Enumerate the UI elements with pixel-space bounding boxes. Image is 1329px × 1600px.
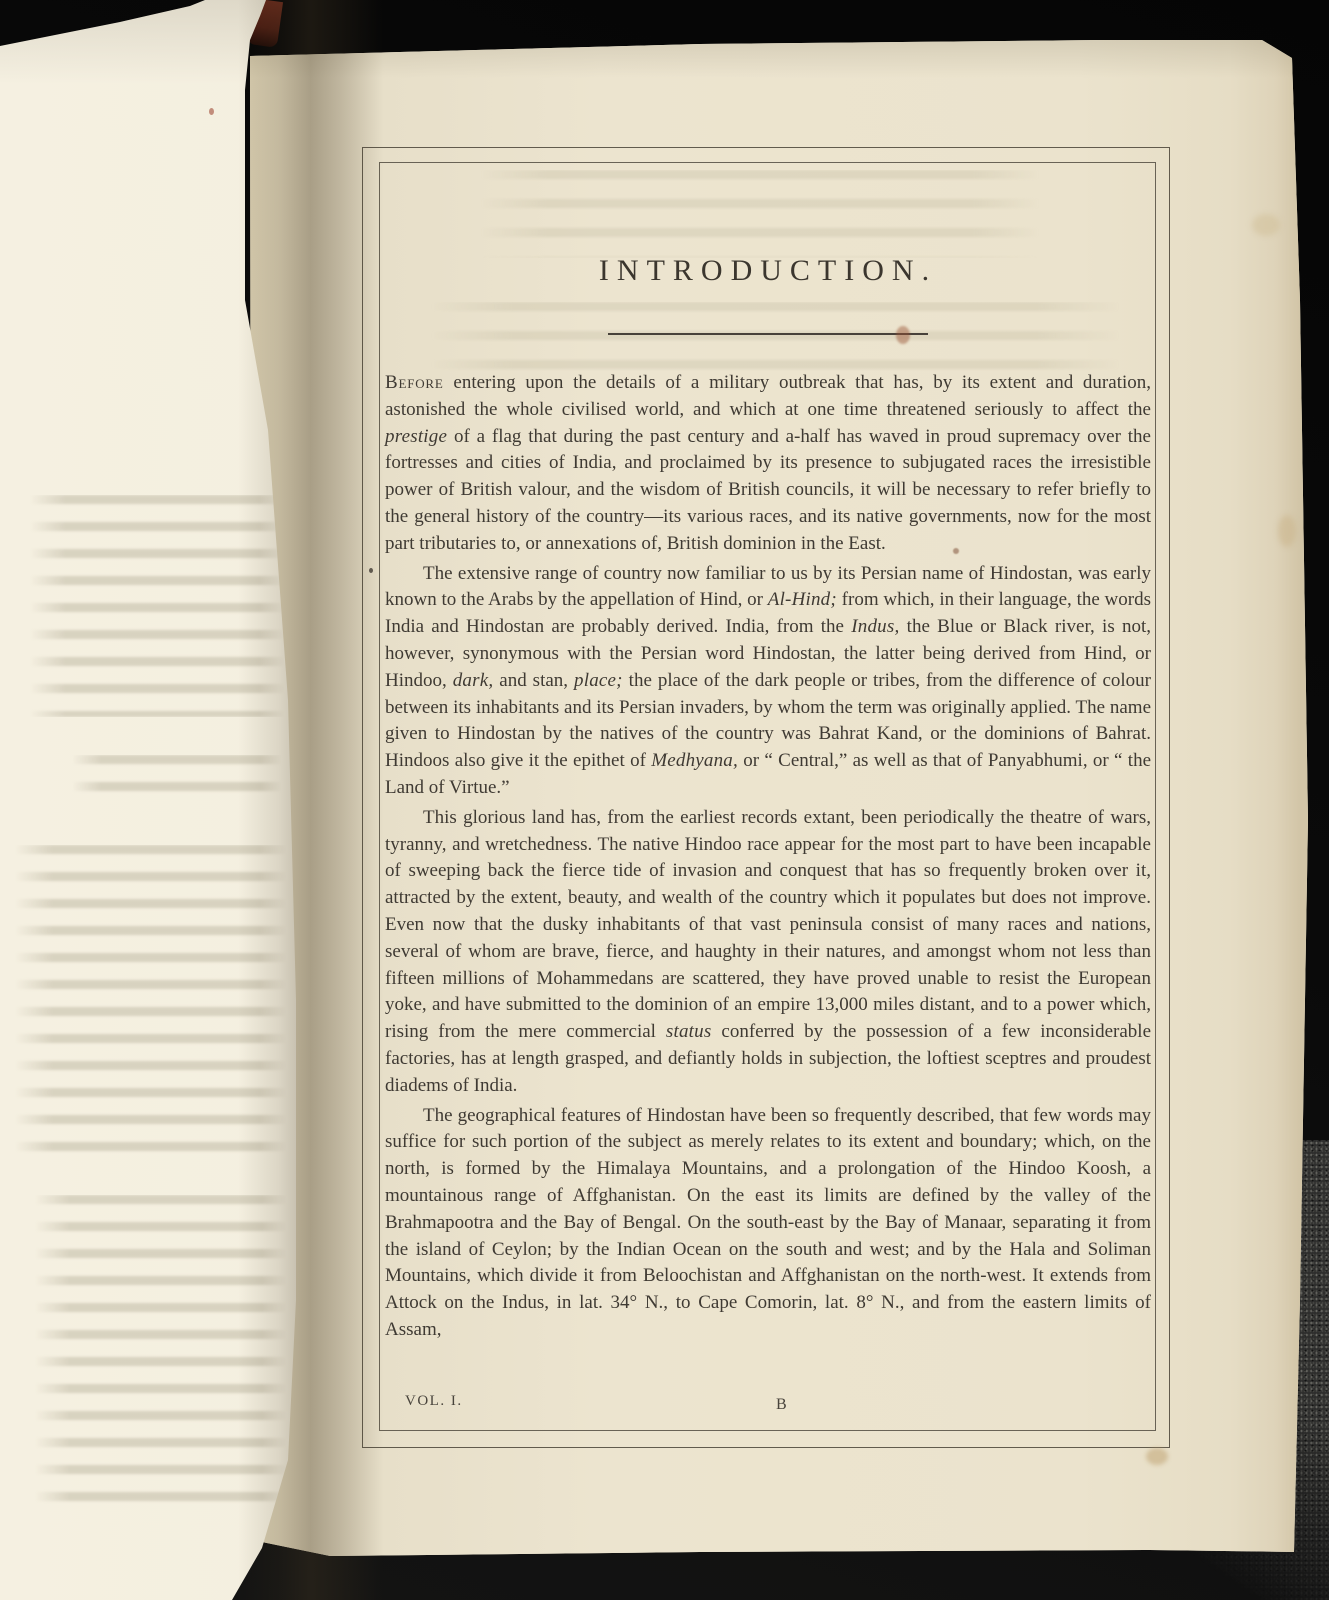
paragraph: This glorious land has, from the earlies… xyxy=(385,805,1151,1100)
body-text: Before entering upon the details of a mi… xyxy=(385,370,1151,1344)
paragraph: Before entering upon the details of a mi… xyxy=(385,370,1151,558)
footer-volume: VOL. I. xyxy=(405,1393,463,1410)
footer-signature: B xyxy=(776,1396,787,1414)
page-corner-crease xyxy=(1262,32,1297,57)
foxing-spot xyxy=(1278,515,1296,547)
paragraph: The geographical features of Hindostan h… xyxy=(385,1103,1151,1344)
foxing-spot xyxy=(209,108,214,115)
text-block: INTRODUCTION. Before entering upon the d… xyxy=(385,160,1151,1347)
paragraph: The extensive range of country now famil… xyxy=(385,561,1151,802)
show-through-band xyxy=(30,495,285,717)
title-rule xyxy=(608,333,928,335)
foxing-spot xyxy=(1252,214,1280,236)
page-title: INTRODUCTION. xyxy=(385,254,1151,288)
show-through-band xyxy=(72,755,282,803)
foxing-spot xyxy=(1146,1448,1168,1465)
show-through-band xyxy=(15,845,287,1157)
book-photo: INTRODUCTION. Before entering upon the d… xyxy=(0,0,1329,1600)
show-through-band xyxy=(35,1195,287,1507)
